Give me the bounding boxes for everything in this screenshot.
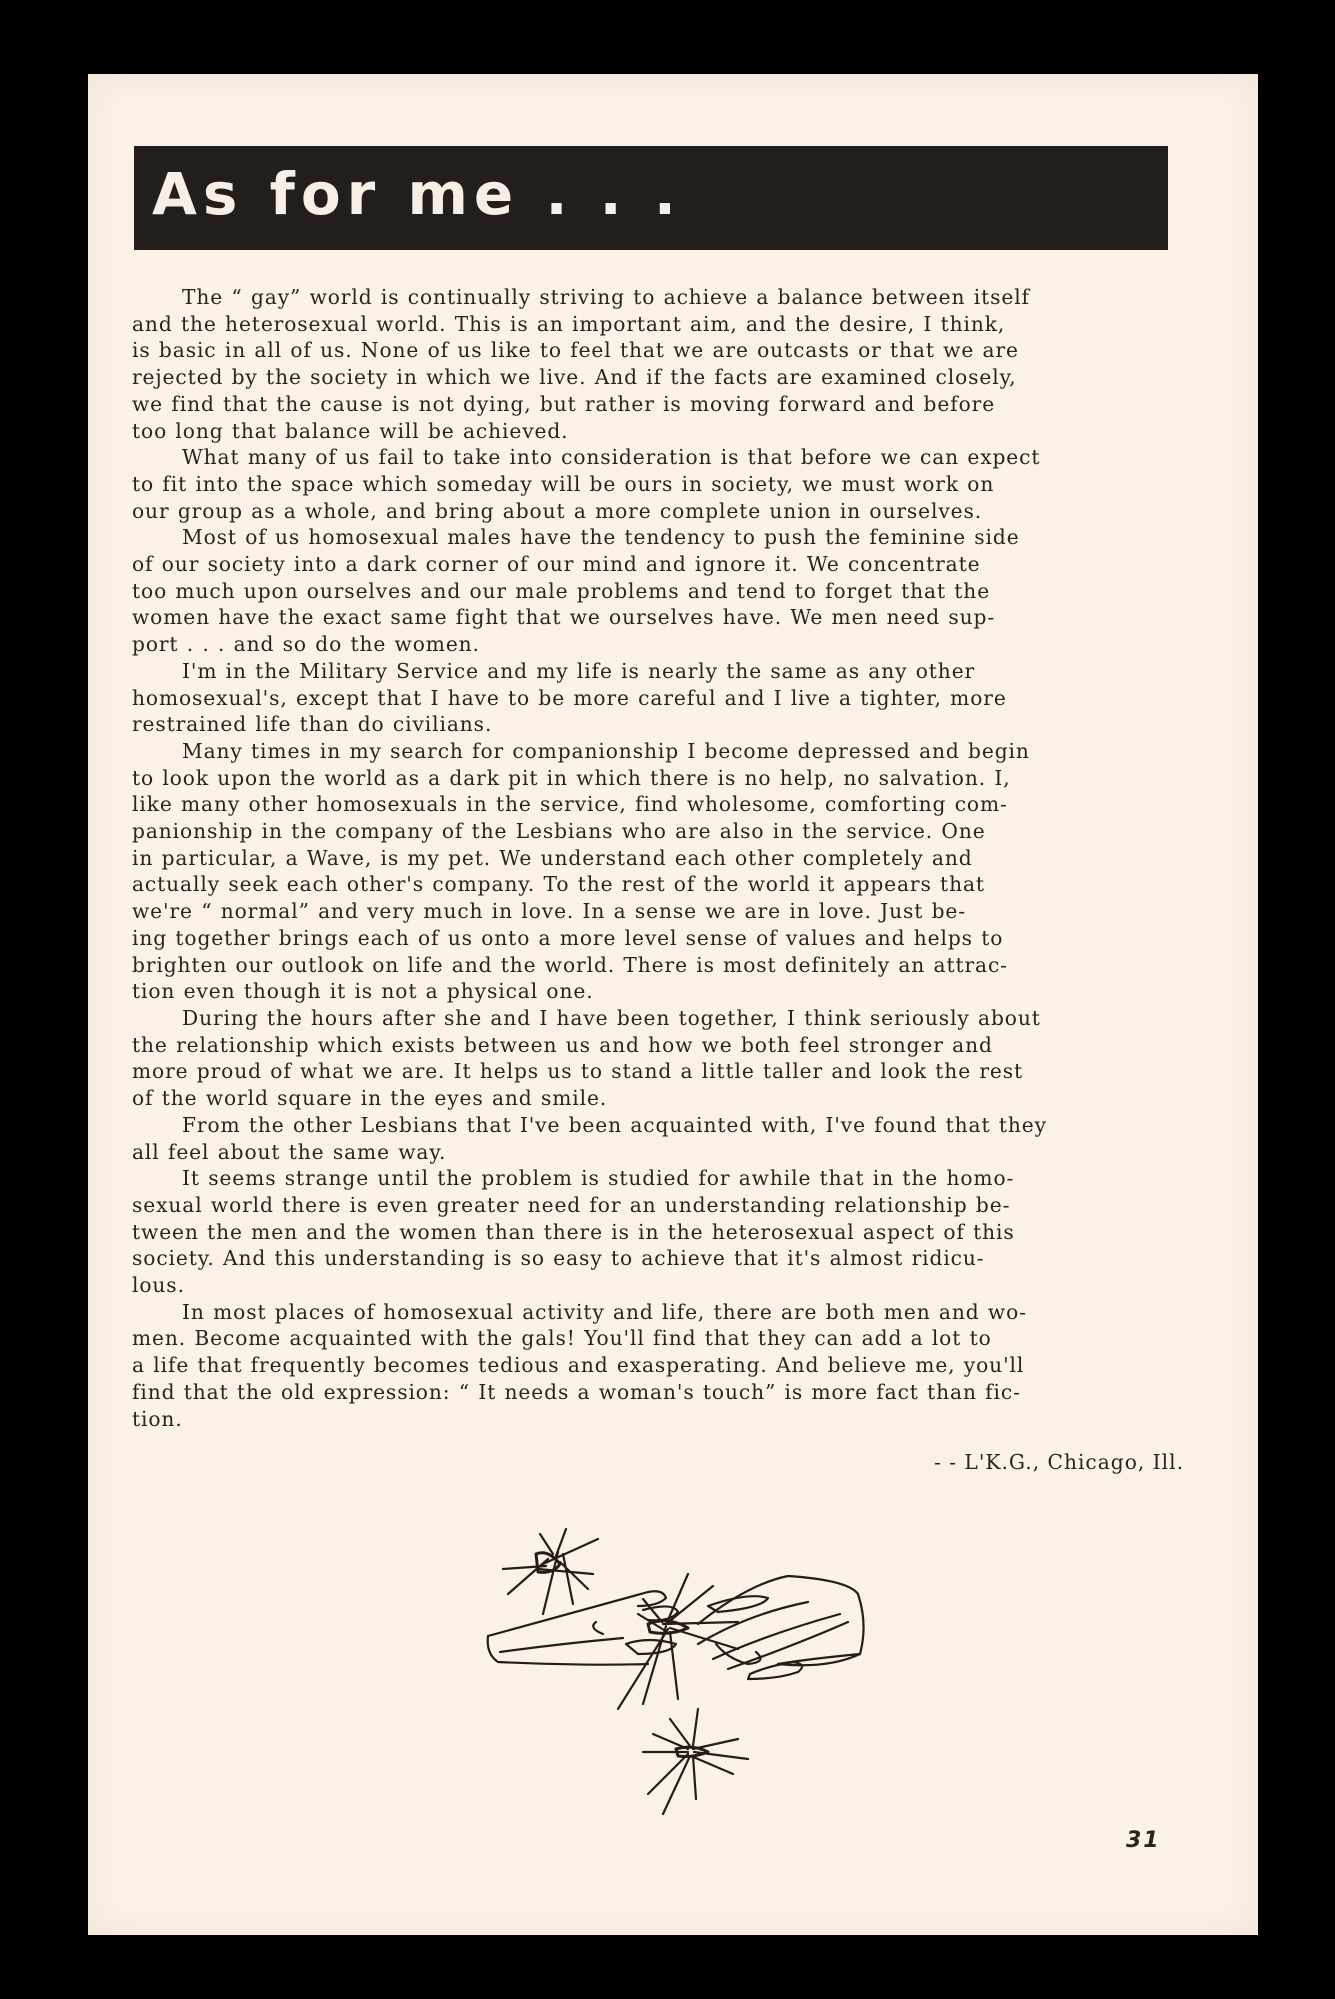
right-hand-icon	[698, 1576, 864, 1679]
text-line: Many times in my search for companionshi…	[132, 738, 1192, 765]
text-line: too long that balance will be achieved.	[132, 418, 1192, 445]
text-line: tion.	[132, 1406, 1192, 1433]
text-line: It seems strange until the problem is st…	[132, 1165, 1192, 1192]
text-line: actually seek each other's company. To t…	[132, 871, 1192, 898]
text-line: is basic in all of us. None of us like t…	[132, 337, 1192, 364]
text-line: in particular, a Wave, is my pet. We und…	[132, 845, 1192, 872]
text-line: to look upon the world as a dark pit in …	[132, 765, 1192, 792]
text-line: Most of us homosexual males have the ten…	[132, 524, 1192, 551]
text-line: of the world square in the eyes and smil…	[132, 1085, 1192, 1112]
text-line: of our society into a dark corner of our…	[132, 551, 1192, 578]
text-line: homosexual's, except that I have to be m…	[132, 685, 1192, 712]
text-line: rejected by the society in which we live…	[132, 364, 1192, 391]
text-line: society. And this understanding is so ea…	[132, 1245, 1192, 1272]
text-line: the relationship which exists between us…	[132, 1032, 1192, 1059]
text-line: find that the old expression: “ It needs…	[132, 1379, 1192, 1406]
text-line: sexual world there is even greater need …	[132, 1192, 1192, 1219]
text-line: port . . . and so do the women.	[132, 631, 1192, 658]
star-icon	[643, 1709, 748, 1814]
text-line: men. Become acquainted with the gals! Yo…	[132, 1325, 1192, 1352]
text-line: too much upon ourselves and our male pro…	[132, 578, 1192, 605]
hands-illustration-icon	[448, 1494, 888, 1834]
text-line: brighten our outlook on life and the wor…	[132, 952, 1192, 979]
text-line: a life that frequently becomes tedious a…	[132, 1352, 1192, 1379]
text-line: I'm in the Military Service and my life …	[132, 658, 1192, 685]
text-line: like many other homosexuals in the servi…	[132, 791, 1192, 818]
article-title: As for me . . .	[152, 160, 682, 228]
paragraph: What many of us fail to take into consid…	[132, 444, 1192, 524]
text-line: all feel about the same way.	[132, 1139, 1192, 1166]
paragraph: It seems strange until the problem is st…	[132, 1165, 1192, 1299]
paragraph: I'm in the Military Service and my life …	[132, 658, 1192, 738]
paragraph: From the other Lesbians that I've been a…	[132, 1112, 1192, 1165]
author-attribution: - - L'K.G., Chicago, Ill.	[934, 1450, 1184, 1474]
text-line: lous.	[132, 1272, 1192, 1299]
text-line: we find that the cause is not dying, but…	[132, 391, 1192, 418]
text-line: The “ gay” world is continually striving…	[132, 284, 1192, 311]
paragraph: In most places of homosexual activity an…	[132, 1299, 1192, 1433]
paragraph: Most of us homosexual males have the ten…	[132, 524, 1192, 658]
text-line: panionship in the company of the Lesbian…	[132, 818, 1192, 845]
star-icon	[503, 1529, 598, 1614]
text-line: restrained life than do civilians.	[132, 711, 1192, 738]
page-number: 31	[1126, 1828, 1161, 1853]
title-banner: As for me . . .	[134, 146, 1168, 250]
text-line: During the hours after she and I have be…	[132, 1005, 1192, 1032]
paragraph: The “ gay” world is continually striving…	[132, 284, 1192, 444]
text-line: more proud of what we are. It helps us t…	[132, 1058, 1192, 1085]
text-line: and the heterosexual world. This is an i…	[132, 311, 1192, 338]
text-line: tion even though it is not a physical on…	[132, 978, 1192, 1005]
text-line: to fit into the space which someday will…	[132, 471, 1192, 498]
article-body: The “ gay” world is continually striving…	[132, 284, 1192, 1432]
text-line: tween the men and the women than there i…	[132, 1219, 1192, 1246]
text-line: In most places of homosexual activity an…	[132, 1299, 1192, 1326]
paragraph: Many times in my search for companionshi…	[132, 738, 1192, 1005]
magazine-page: As for me . . . The “ gay” world is cont…	[88, 74, 1258, 1935]
text-line: What many of us fail to take into consid…	[132, 444, 1192, 471]
paragraph: During the hours after she and I have be…	[132, 1005, 1192, 1112]
text-line: women have the exact same fight that we …	[132, 604, 1192, 631]
text-line: From the other Lesbians that I've been a…	[132, 1112, 1192, 1139]
text-line: our group as a whole, and bring about a …	[132, 498, 1192, 525]
text-line: we're “ normal” and very much in love. I…	[132, 898, 1192, 925]
text-line: ing together brings each of us onto a mo…	[132, 925, 1192, 952]
